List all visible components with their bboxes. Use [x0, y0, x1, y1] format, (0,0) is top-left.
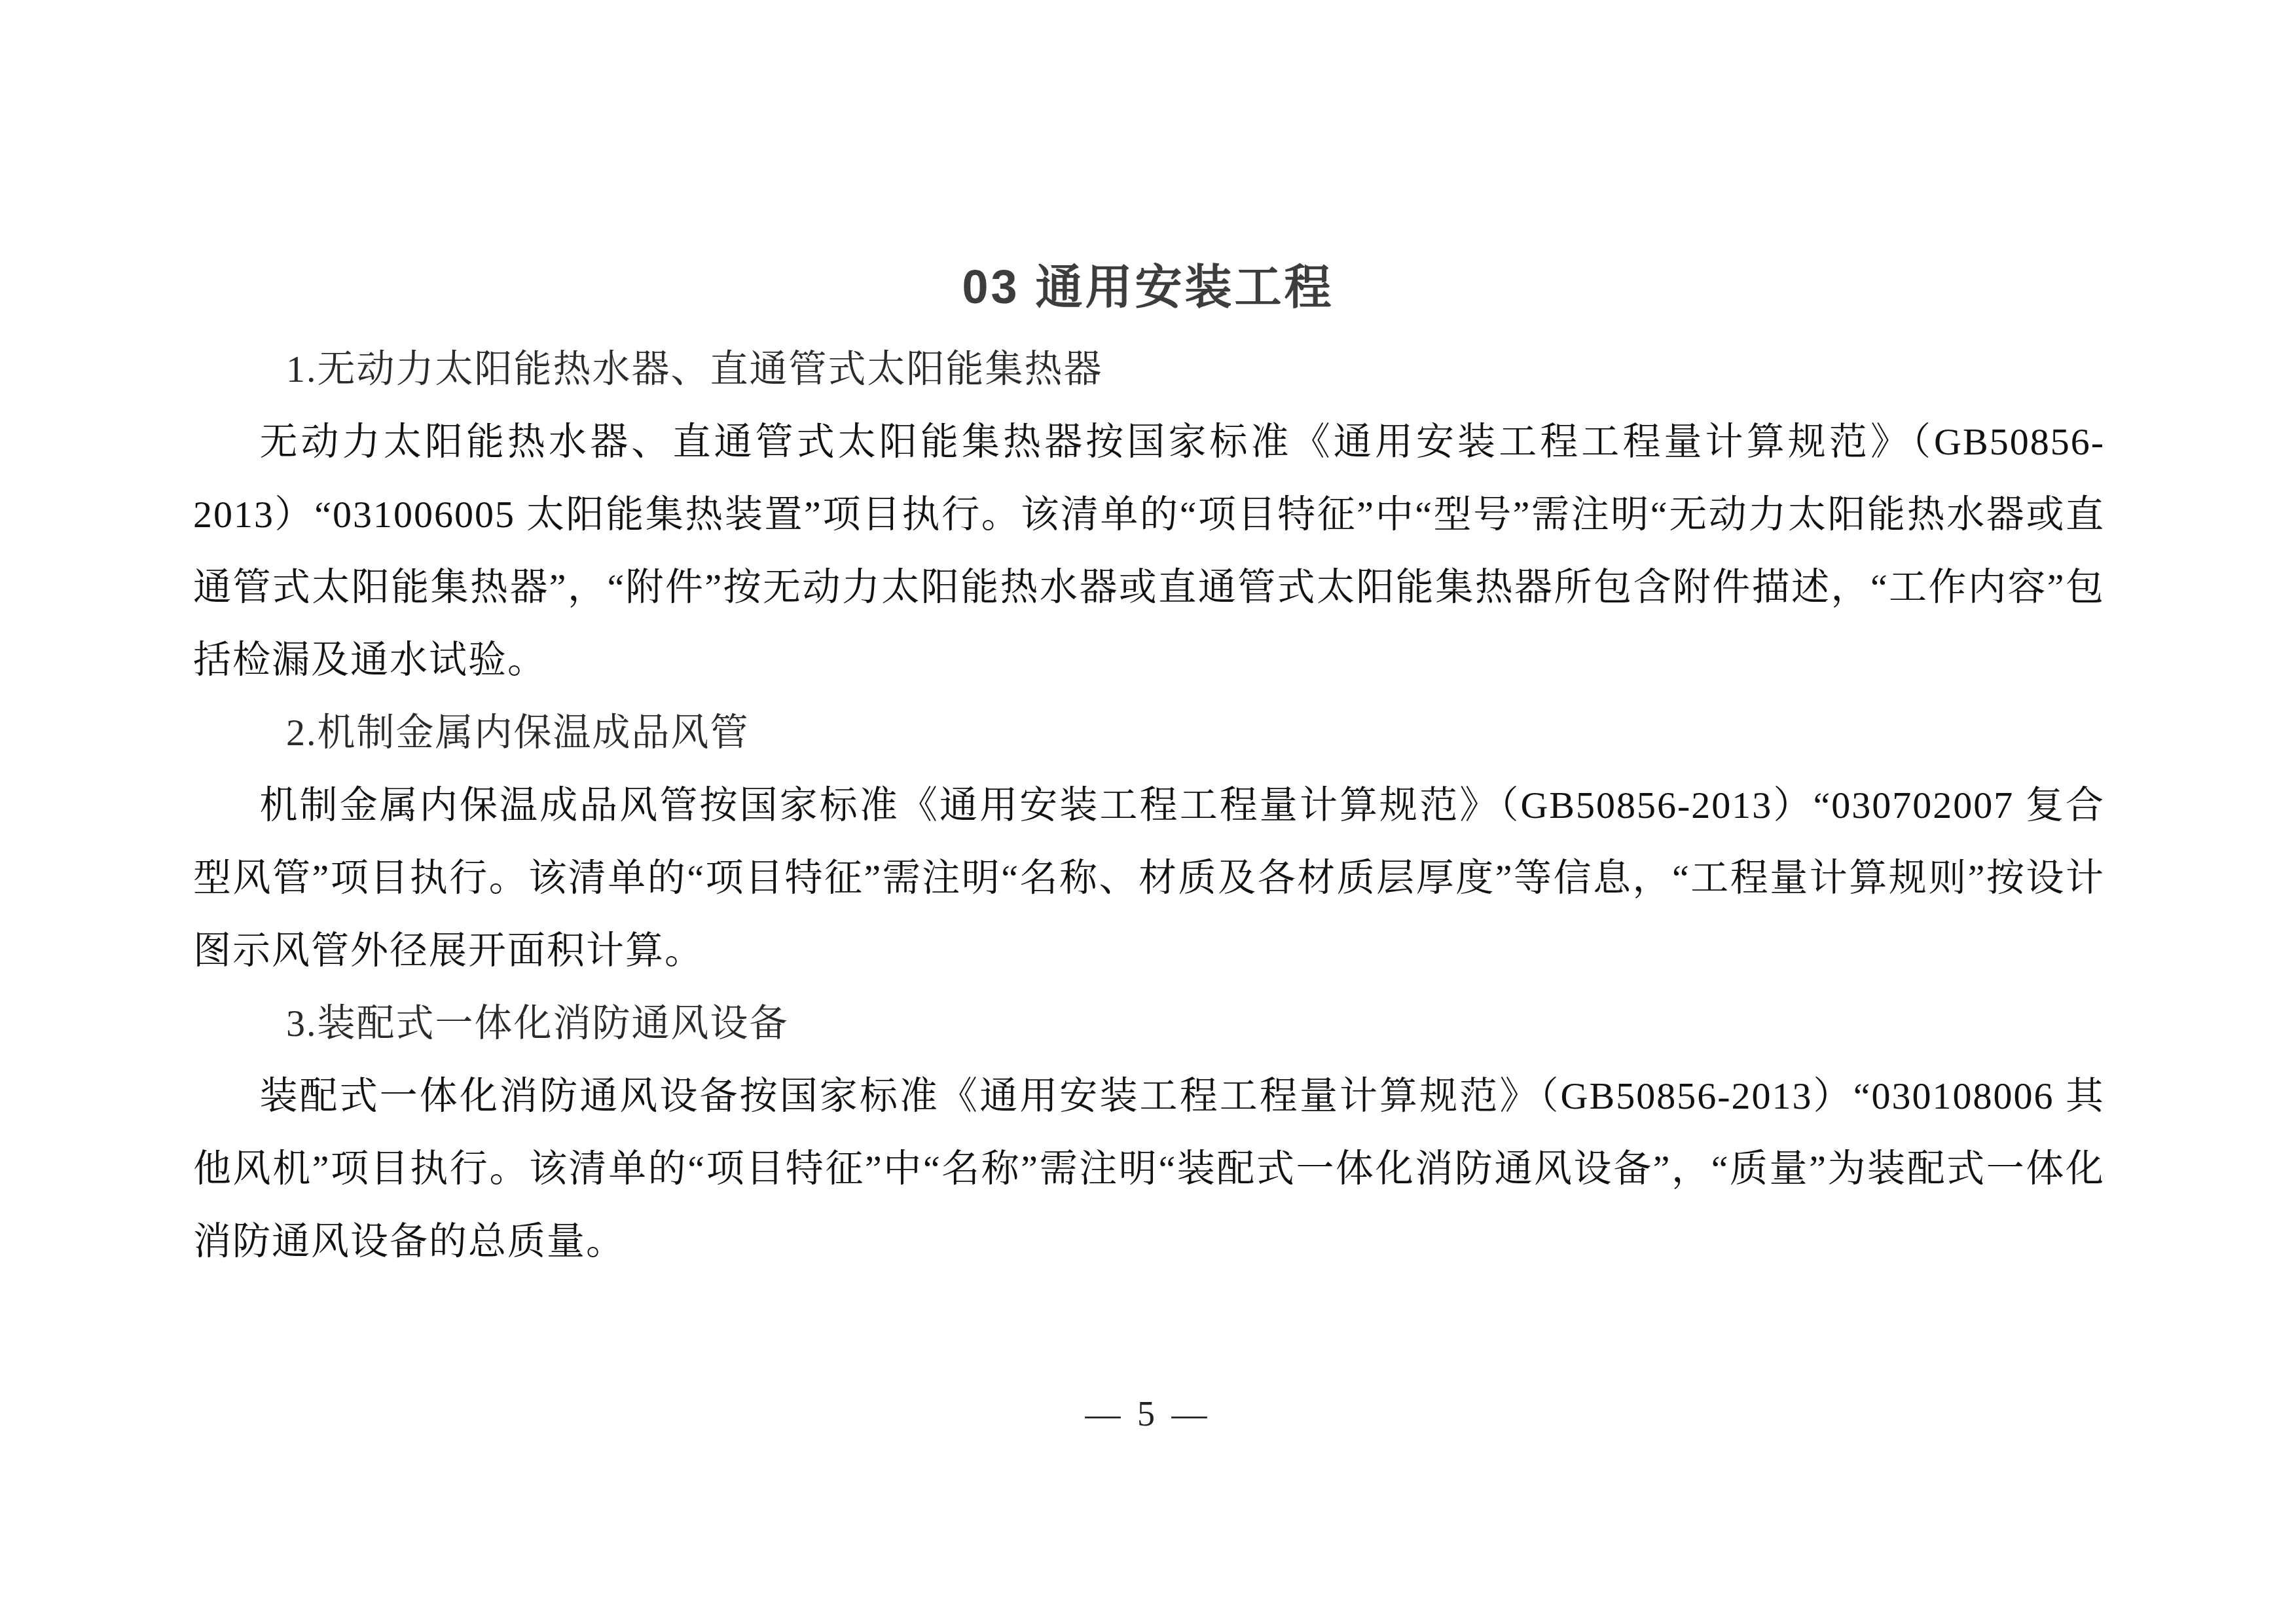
page-number: — 5 —	[0, 1393, 2296, 1434]
document-body: 1.无动力太阳能热水器、直通管式太阳能集热器 无动力太阳能热水器、直通管式太阳能…	[193, 333, 2105, 1278]
section-3-paragraph: 装配式一体化消防通风设备按国家标准《通用安装工程工程量计算规范》（GB50856…	[193, 1060, 2105, 1278]
section-2-heading: 2.机制金属内保温成品风管	[193, 696, 2105, 769]
section-1-paragraph: 无动力太阳能热水器、直通管式太阳能集热器按国家标准《通用安装工程工程量计算规范》…	[193, 405, 2105, 696]
section-2-paragraph: 机制金属内保温成品风管按国家标准《通用安装工程工程量计算规范》（GB50856-…	[193, 769, 2105, 987]
page-title: 03 通用安装工程	[0, 261, 2296, 314]
section-1-heading: 1.无动力太阳能热水器、直通管式太阳能集热器	[193, 333, 2105, 405]
document-page: 03 通用安装工程 1.无动力太阳能热水器、直通管式太阳能集热器 无动力太阳能热…	[0, 0, 2296, 1624]
section-3-heading: 3.装配式一体化消防通风设备	[193, 987, 2105, 1060]
